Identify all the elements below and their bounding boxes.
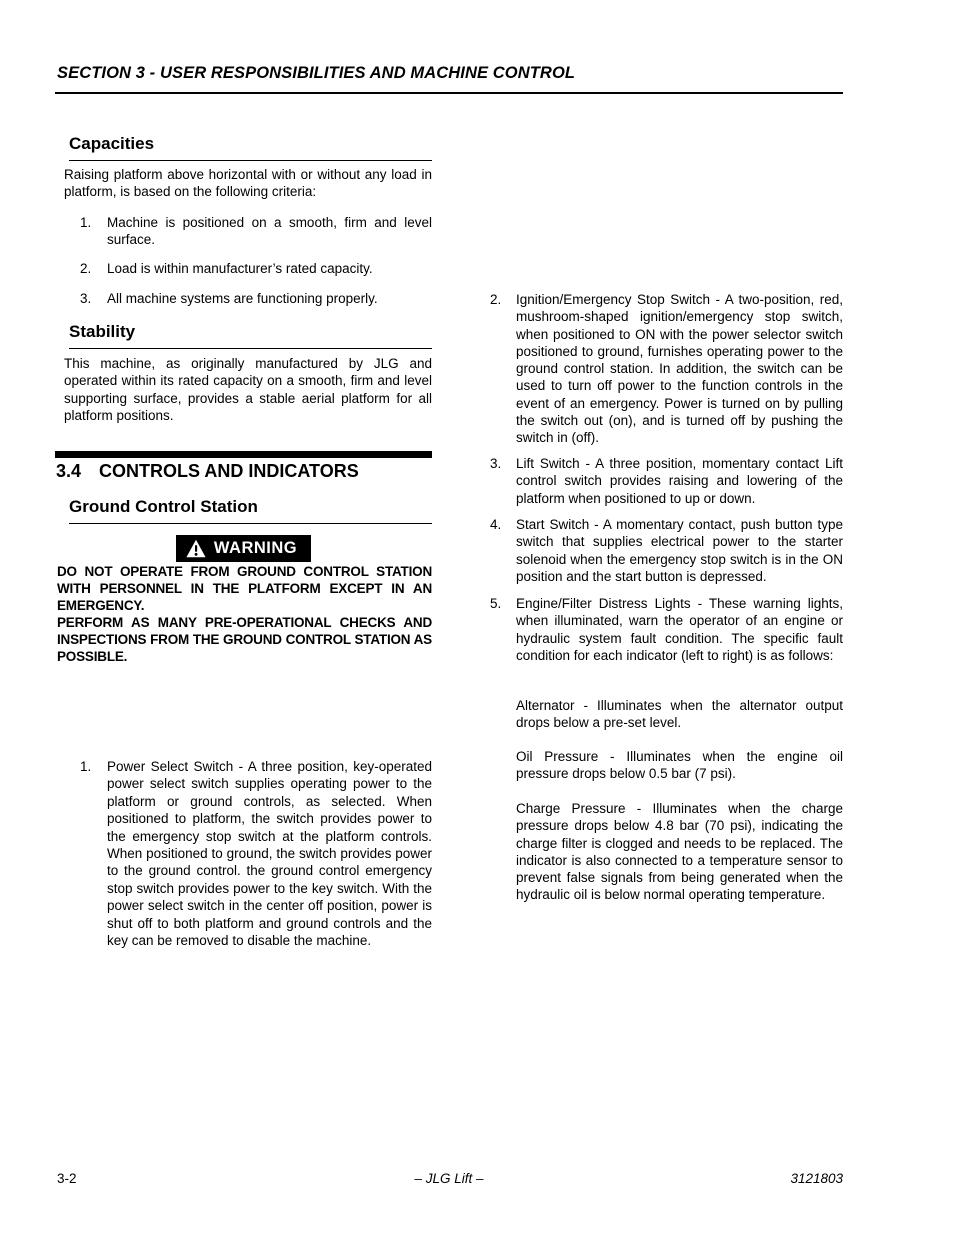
list-item-number: 1.: [80, 214, 91, 231]
indicator-paragraph-charge-pressure: Charge Pressure - Illuminates when the c…: [516, 800, 843, 904]
list-item-text: Ignition/Emergency Stop Switch - A two-p…: [516, 291, 843, 447]
ground-control-station-heading: Ground Control Station: [69, 497, 432, 524]
list-item-number: 5.: [490, 595, 501, 612]
stability-heading: Stability: [69, 322, 432, 349]
list-item-number: 3.: [80, 290, 91, 307]
left-column: Capacities Raising platform above horizo…: [55, 0, 432, 1235]
section-heading: 3.4 CONTROLS AND INDICATORS: [56, 461, 432, 482]
manual-page: SECTION 3 - USER RESPONSIBILITIES AND MA…: [0, 0, 954, 1235]
controls-list-item: 4. Start Switch - A momentary contact, p…: [490, 516, 843, 585]
list-item-text: Machine is positioned on a smooth, firm …: [107, 214, 432, 249]
stability-body: This machine, as originally manufactured…: [64, 355, 432, 425]
capacities-list-item: 1. Machine is positioned on a smooth, fi…: [55, 214, 432, 249]
controls-list-item: 2. Ignition/Emergency Stop Switch - A tw…: [490, 291, 843, 447]
controls-list-item: 5. Engine/Filter Distress Lights - These…: [490, 595, 843, 664]
list-item-number: 3.: [490, 455, 501, 472]
section-number: 3.4: [56, 461, 81, 482]
capacities-heading: Capacities: [69, 134, 432, 161]
list-item-text: Engine/Filter Distress Lights - These wa…: [516, 595, 843, 664]
list-item-number: 4.: [490, 516, 501, 533]
capacities-list-item: 3. All machine systems are functioning p…: [55, 290, 432, 307]
list-item-text: Power Select Switch - A three position, …: [107, 758, 432, 949]
warning-badge-row: WARNING: [55, 535, 432, 562]
section-divider-bar: [55, 451, 432, 458]
list-item-text: All machine systems are functioning prop…: [107, 290, 432, 307]
list-item-text: Start Switch - A momentary contact, push…: [516, 516, 843, 585]
footer-doc-number: 3121803: [55, 1171, 843, 1186]
list-item-number: 1.: [80, 758, 91, 775]
warning-paragraph: PERFORM AS MANY PRE-OPERATIONAL CHECKS A…: [57, 614, 432, 665]
list-item-number: 2.: [490, 291, 501, 308]
list-item-text: Load is within manufacturer’s rated capa…: [107, 260, 432, 277]
capacities-list-item: 2. Load is within manufacturer’s rated c…: [55, 260, 432, 277]
warning-triangle-icon: [186, 539, 206, 558]
list-item-text: Lift Switch - A three position, momentar…: [516, 455, 843, 507]
indicator-paragraph-alternator: Alternator - Illuminates when the altern…: [516, 697, 843, 732]
warning-paragraph: DO NOT OPERATE FROM GROUND CONTROL STATI…: [57, 563, 432, 614]
controls-list-item: 3. Lift Switch - A three position, momen…: [490, 455, 843, 507]
warning-badge: WARNING: [176, 535, 311, 562]
section-title: CONTROLS AND INDICATORS: [99, 461, 359, 482]
indicator-paragraph-oil-pressure: Oil Pressure - Illuminates when the engi…: [516, 748, 843, 783]
list-item-number: 2.: [80, 260, 91, 277]
right-column: 2. Ignition/Emergency Stop Switch - A tw…: [490, 0, 843, 1235]
warning-label: WARNING: [214, 539, 297, 558]
capacities-intro: Raising platform above horizontal with o…: [64, 166, 432, 201]
controls-list-item: 1. Power Select Switch - A three positio…: [55, 758, 432, 949]
